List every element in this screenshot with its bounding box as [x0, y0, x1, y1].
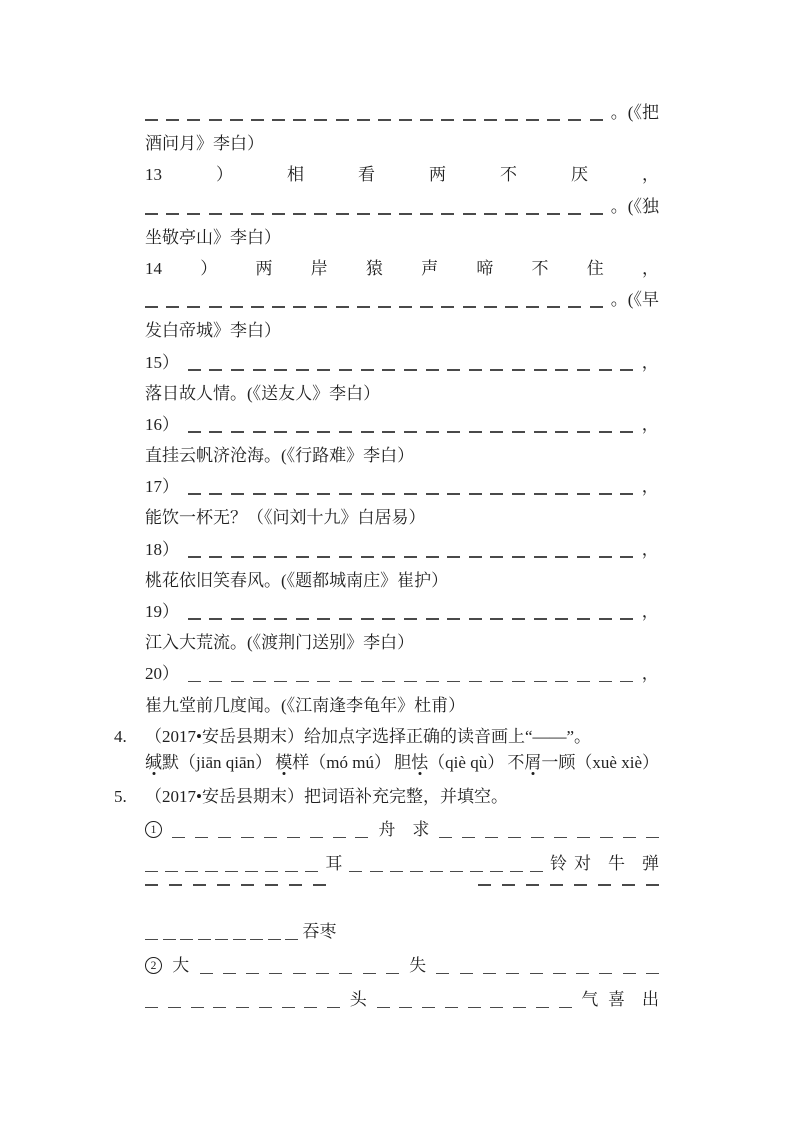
blank-dash	[590, 119, 603, 121]
item-lead: 19）	[145, 596, 179, 627]
blank-dash	[317, 431, 330, 433]
blank-dash	[251, 213, 264, 215]
blank-dash	[339, 493, 352, 495]
blank-dash	[599, 973, 612, 975]
question-5-heading: 5.（2017•安岳县期末）把词语补充完整，并填空。	[145, 781, 659, 812]
item-lead: 17）	[145, 471, 179, 502]
blank-dash	[296, 556, 309, 558]
blank-dash	[296, 369, 309, 371]
blank-dash	[285, 871, 298, 873]
blank-dash	[547, 213, 560, 215]
blank-dash	[469, 556, 482, 558]
blank-dash	[447, 618, 460, 620]
blank-dash	[357, 306, 370, 308]
blank-dash	[225, 871, 238, 873]
blank-dash	[361, 618, 374, 620]
blank-dash	[377, 1007, 390, 1009]
blank-dash	[145, 939, 158, 941]
blank-dash	[231, 556, 244, 558]
blank-dash	[490, 493, 503, 495]
blank-dash	[441, 306, 454, 308]
blank-dash	[317, 369, 330, 371]
blank-dash	[620, 369, 633, 371]
source-line-20: 崔九堂前几度闻。(《江南逢李龟年》杜甫）	[145, 690, 659, 721]
blank-dash	[620, 681, 633, 683]
blank-dash	[285, 939, 298, 941]
blank-dash	[209, 369, 222, 371]
blank-dash	[168, 1007, 181, 1009]
text-run: 对 牛 弹	[574, 847, 659, 880]
blank-dash	[426, 618, 439, 620]
blank-dash	[188, 618, 201, 620]
blank-dash	[274, 618, 287, 620]
blank-dash	[339, 556, 352, 558]
source-line-16: 直挂云帆济沧海。(《行路难》李白）	[145, 440, 659, 471]
blank-dash	[209, 306, 222, 308]
blank-dash	[599, 556, 612, 558]
blank-dash	[289, 884, 302, 886]
blank-dash	[526, 213, 539, 215]
blank-dash	[317, 556, 330, 558]
blank-dash	[470, 871, 483, 873]
blank-dash	[450, 871, 463, 873]
blank-dash	[245, 871, 258, 873]
text-run: 耳	[325, 847, 342, 880]
blank-dash	[404, 493, 417, 495]
idiom-row-5: 2大失	[145, 949, 659, 982]
source-line-15: 落日故人情。(《送友人》李白）	[145, 378, 659, 409]
blank-dash	[490, 556, 503, 558]
blank-dash	[426, 556, 439, 558]
blank-dash	[382, 431, 395, 433]
blank-dash	[439, 837, 452, 839]
blank-dash	[490, 369, 503, 371]
blank-dash	[620, 431, 633, 433]
blank-dash	[339, 369, 352, 371]
text-run: ，	[642, 159, 659, 190]
blank-dash	[426, 493, 439, 495]
blank-dash	[265, 871, 278, 873]
word-choice-buxieyigu: 不屑一顾（xuè xiè）	[507, 747, 659, 778]
blank-dash	[145, 884, 158, 886]
blank-dash	[599, 618, 612, 620]
text-run: ，	[642, 347, 659, 378]
source-line-13: 坐敬亭山》李白）	[145, 222, 659, 253]
text-run: 失	[409, 949, 426, 982]
blank-dash	[296, 431, 309, 433]
blank-dash	[526, 306, 539, 308]
blank-dash	[590, 306, 603, 308]
blank-dash	[246, 973, 259, 975]
blank-dash	[559, 1007, 572, 1009]
blank-dash	[620, 618, 633, 620]
blank-dash	[599, 681, 612, 683]
blank-dash	[382, 556, 395, 558]
blank-dash	[193, 884, 206, 886]
blank-dash	[568, 119, 581, 121]
blank-dash	[460, 973, 473, 975]
text-run: 大	[172, 949, 189, 982]
blank-dash	[317, 681, 330, 683]
blank-dash	[209, 119, 222, 121]
text-run: 厌	[571, 159, 588, 190]
source-text: 桃花依旧笑春风。(《题都城南庄》崔护）	[145, 565, 448, 596]
circled-number-2: 2	[145, 957, 162, 974]
question-text: （2017•安岳县期末）把词语补充完整，并填空。	[145, 781, 508, 812]
blank-dash	[251, 306, 264, 308]
blank-dash	[357, 119, 370, 121]
blank-dash	[233, 939, 246, 941]
text-run: 舟 求	[378, 813, 429, 846]
blank-dash	[508, 837, 521, 839]
blank-dash	[445, 1007, 458, 1009]
text-run: ，	[642, 253, 659, 284]
blank-dash	[505, 213, 518, 215]
blank-dash	[506, 973, 519, 975]
blank-dash	[469, 431, 482, 433]
source-line-18: 桃花依旧笑春风。(《题都城南庄》崔护）	[145, 565, 659, 596]
blank-dash	[145, 1007, 158, 1009]
blank-dash	[382, 493, 395, 495]
idiom-row-2: 耳铃对 牛 弹	[145, 847, 659, 880]
blank-dash	[230, 306, 243, 308]
blank-dash	[231, 431, 244, 433]
blank-dash	[363, 973, 376, 975]
blank-dash	[599, 369, 612, 371]
blank-dash	[485, 837, 498, 839]
text-run: 吞枣	[303, 915, 337, 948]
blank-dash	[209, 618, 222, 620]
blank-dash	[253, 556, 266, 558]
blank-dash	[264, 837, 277, 839]
blank-dash	[550, 884, 563, 886]
source-line-14: 发白帝城》李白）	[145, 315, 659, 346]
blank-dash	[231, 618, 244, 620]
blank-dash	[420, 306, 433, 308]
blank-dash	[166, 306, 179, 308]
source-line-19: 江入大荒流。(《渡荆门送别》李白）	[145, 627, 659, 658]
blank-dash	[534, 369, 547, 371]
blank-dash	[555, 556, 568, 558]
blank-dash	[483, 973, 496, 975]
idiom-row-1: 1舟 求	[145, 813, 659, 846]
source-text: 落日故人情。(《送友人》李白）	[145, 378, 380, 409]
text-run: 岸	[311, 253, 328, 284]
blank-dash	[490, 431, 503, 433]
blank-dash	[236, 1007, 249, 1009]
blank-dash	[333, 837, 346, 839]
blank-dash	[490, 618, 503, 620]
blank-dash	[577, 837, 590, 839]
text-run: 气	[581, 983, 598, 1016]
text-run: ，	[642, 409, 659, 440]
blank-dash	[274, 556, 287, 558]
blank-dash	[463, 213, 476, 215]
blank-dash	[230, 213, 243, 215]
blank-dash	[505, 119, 518, 121]
blank-dash	[274, 369, 287, 371]
blank-dash	[361, 493, 374, 495]
blank-dash	[568, 213, 581, 215]
text-run: 相	[287, 159, 304, 190]
blank-dash	[355, 837, 368, 839]
text-run: 头	[350, 983, 367, 1016]
blank-dash	[327, 1007, 340, 1009]
text-run: ，	[642, 534, 659, 565]
blank-dash	[555, 369, 568, 371]
blank-dash	[314, 306, 327, 308]
text-run: 13	[145, 159, 162, 190]
blank-dash	[209, 493, 222, 495]
blank-dash	[590, 213, 603, 215]
circled-number-1: 1	[145, 821, 162, 838]
blank-dash	[646, 884, 659, 886]
blank-dash	[172, 837, 185, 839]
text-run: 声	[421, 253, 438, 284]
blank-dash	[620, 493, 633, 495]
blank-dash	[447, 431, 460, 433]
blank-dash	[304, 1007, 317, 1009]
blank-dash	[209, 431, 222, 433]
blank-dash	[223, 973, 236, 975]
blank-dash	[478, 884, 491, 886]
source-text: 酒问月》李白）	[145, 128, 264, 159]
blank-line-19: 19），	[145, 596, 659, 627]
blank-dash	[293, 213, 306, 215]
blank-dash	[447, 556, 460, 558]
blank-dash	[510, 871, 523, 873]
blank-dash	[512, 369, 525, 371]
blank-dash	[274, 681, 287, 683]
text-run: 啼	[476, 253, 493, 284]
blank-gap	[337, 882, 467, 883]
blank-dash	[512, 556, 525, 558]
blank-dash	[536, 1007, 549, 1009]
blank-dash	[490, 681, 503, 683]
source-text: 坐敬亭山》李白）	[145, 222, 281, 253]
blank-dash	[339, 681, 352, 683]
blank-dash	[410, 871, 423, 873]
blank-dash	[490, 871, 503, 873]
blank-dash	[599, 493, 612, 495]
blank-dash	[188, 431, 201, 433]
blank-dash	[198, 939, 211, 941]
blank-dash	[215, 939, 228, 941]
blank-dash	[241, 837, 254, 839]
blank-dash	[399, 306, 412, 308]
blank-dash	[436, 973, 449, 975]
source-text: 发白帝城》李白）	[145, 315, 281, 346]
blank-dash	[553, 973, 566, 975]
blank-dash	[259, 1007, 272, 1009]
blank-dash	[422, 1007, 435, 1009]
blank-dash	[382, 681, 395, 683]
blank-dash	[293, 306, 306, 308]
source-open: 。(《把	[611, 97, 659, 128]
blank-dash	[213, 1007, 226, 1009]
word-choice-muyang: 模样（mó mú）	[275, 747, 391, 778]
blank-dash	[576, 973, 589, 975]
blank-dash	[554, 837, 567, 839]
blank-dash	[512, 681, 525, 683]
blank-dash	[361, 681, 374, 683]
text-run: ，	[642, 596, 659, 627]
blank-dash	[241, 884, 254, 886]
blank-dash	[268, 939, 281, 941]
blank-dash	[253, 493, 266, 495]
blank-line-20: 20），	[145, 658, 659, 689]
blank-dash	[361, 369, 374, 371]
blank-dash	[361, 556, 374, 558]
blank-dash	[555, 493, 568, 495]
blank-dash	[547, 306, 560, 308]
text-run: ）	[200, 253, 217, 284]
blank-dash	[272, 213, 285, 215]
blank-dash	[187, 213, 200, 215]
blank-dash	[463, 306, 476, 308]
blank-dash	[534, 681, 547, 683]
poem-line-14: 14）两岸猿声啼不住，	[145, 253, 659, 284]
blank-dash	[577, 493, 590, 495]
question-4-words: 缄默（jiān qiān）模样（mó mú）胆怯（qiè qù）不屑一顾（xuè…	[145, 747, 659, 778]
blank-dash	[530, 871, 543, 873]
blank-dash	[378, 306, 391, 308]
blank-dash	[314, 119, 327, 121]
blank-dash	[526, 884, 539, 886]
blank-dash	[512, 431, 525, 433]
blank-dash	[209, 681, 222, 683]
blank-line-16: 16），	[145, 409, 659, 440]
blank-dash	[404, 681, 417, 683]
blank-dash	[336, 213, 349, 215]
blank-dash	[187, 306, 200, 308]
blank-dash	[505, 306, 518, 308]
word-choice-jianmo: 缄默（jiān qiān）	[145, 747, 272, 778]
blank-dash	[378, 119, 391, 121]
blank-dash	[463, 119, 476, 121]
blank-dash	[378, 213, 391, 215]
blank-line-18: 18），	[145, 534, 659, 565]
blank-dash	[490, 1007, 503, 1009]
item-lead: 20）	[145, 658, 179, 689]
source-line-12: 酒问月》李白）	[145, 128, 659, 159]
blank-dash	[357, 213, 370, 215]
blank-dash	[426, 431, 439, 433]
text-run: 不	[500, 159, 517, 190]
blank-dash	[555, 431, 568, 433]
blank-dash	[209, 213, 222, 215]
blank-dash	[265, 884, 278, 886]
item-lead: 16）	[145, 409, 179, 440]
blank-dash	[163, 939, 176, 941]
blank-dash	[317, 493, 330, 495]
blank-dash	[484, 213, 497, 215]
blank-dash	[188, 556, 201, 558]
item-number: 5.	[114, 781, 127, 812]
blank-dash	[200, 973, 213, 975]
blank-dash	[469, 493, 482, 495]
blank-dash	[577, 618, 590, 620]
blank-dash	[620, 556, 633, 558]
blank-dash	[623, 973, 636, 975]
blank-dash	[251, 119, 264, 121]
blank-dash	[314, 213, 327, 215]
text-run: 喜 出	[608, 983, 659, 1016]
blank-dash	[296, 493, 309, 495]
text-run: 两	[429, 159, 446, 190]
blank-dash	[253, 431, 266, 433]
blank-dash	[555, 681, 568, 683]
idiom-row-6: 头气喜 出	[145, 983, 659, 1016]
blank-dash	[145, 119, 158, 121]
blank-dash	[426, 681, 439, 683]
text-run: ）	[216, 159, 233, 190]
source-text: 能饮一杯无？（《问刘十九》白居易）	[145, 502, 426, 533]
blank-dash	[623, 837, 636, 839]
blank-dash	[339, 618, 352, 620]
blank-dash	[253, 618, 266, 620]
blank-line-15: 15），	[145, 347, 659, 378]
blank-dash	[512, 618, 525, 620]
source-open: 。(《早	[611, 284, 659, 315]
blank-dash	[441, 119, 454, 121]
blank-dash	[404, 431, 417, 433]
blank-dash	[250, 939, 263, 941]
blank-dash	[339, 973, 352, 975]
blank-dash	[231, 369, 244, 371]
text-run: ，	[642, 471, 659, 502]
blank-dash	[166, 119, 179, 121]
blank-dash	[399, 119, 412, 121]
page: { "colors": { "background": "#ffffff", "…	[0, 0, 793, 1122]
text-run: 不	[532, 253, 549, 284]
document-body: 。(《把酒问月》李白）13）相看两不厌，。(《独坐敬亭山》李白）14）两岸猿声啼…	[145, 97, 659, 1016]
blank-dash	[526, 119, 539, 121]
item-lead: 18）	[145, 534, 179, 565]
blank-dash	[169, 884, 182, 886]
source-text: 崔九堂前几度闻。(《江南逢李龟年》杜甫）	[145, 690, 465, 721]
blank-dash	[534, 556, 547, 558]
blank-dash	[188, 369, 201, 371]
blank-dash	[447, 493, 460, 495]
blank-dash	[349, 871, 362, 873]
blank-dash	[646, 837, 659, 839]
blank-line-12: 。(《把	[145, 97, 659, 128]
blank-dash	[622, 884, 635, 886]
blank-dash	[296, 681, 309, 683]
idiom-row-4: 吞枣	[145, 915, 659, 948]
blank-dash	[430, 871, 443, 873]
blank-dash	[502, 884, 515, 886]
blank-dash	[145, 306, 158, 308]
blank-dash	[598, 884, 611, 886]
blank-dash	[420, 119, 433, 121]
blank-dash	[399, 1007, 412, 1009]
blank-dash	[534, 431, 547, 433]
blank-dash	[185, 871, 198, 873]
blank-dash	[165, 871, 178, 873]
blank-dash	[296, 618, 309, 620]
text-run: 两	[255, 253, 272, 284]
blank-dash	[577, 556, 590, 558]
blank-dash	[218, 837, 231, 839]
blank-dash	[336, 119, 349, 121]
blank-dash	[462, 837, 475, 839]
blank-dash	[361, 431, 374, 433]
blank-dash	[399, 213, 412, 215]
blank-dash	[600, 837, 613, 839]
blank-line-13: 。(《独	[145, 191, 659, 222]
